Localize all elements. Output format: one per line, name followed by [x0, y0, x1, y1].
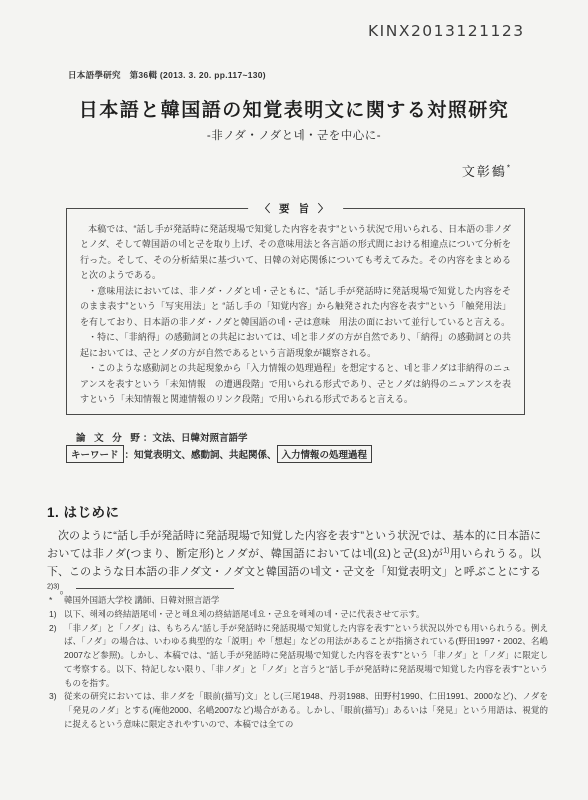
- footnote-marker: 3): [49, 690, 57, 704]
- footnote-text: 以下、해체の終結語尾네・군と해요체の終結語尾네요・군요を해체の네・군に代表させて…: [64, 609, 425, 619]
- abstract-paragraph: ・このような感動詞との共起現象から「入力情報の処理過程」を想定すると、네と非ノダ…: [80, 361, 511, 407]
- footnote-text: 従来の研究においては、非ノダを「眼前(描写)文」とし(三尾1948、丹羽1988…: [64, 691, 548, 729]
- abstract-paragraph: ・特に、「非納得」の感動詞との共起においては、네と非ノダの方が自然であり、「納得…: [80, 330, 511, 361]
- keyword-label-box: キーワード: [66, 445, 124, 463]
- author-footnote-mark: *: [507, 164, 510, 173]
- paper-field-line: 論 文 分 野：文法、日韓対照言語学: [76, 430, 247, 444]
- section-1-heading: 1. はじめに: [47, 501, 120, 521]
- document-id-stamp: KINX2013121123: [368, 22, 525, 40]
- footnote-1: 1) 以下、해체の終結語尾네・군と해요체の終結語尾네요・군요を해체の네・군に代表…: [47, 608, 548, 622]
- footnote-separator-rule: [76, 588, 234, 589]
- field-value: 文法、日韓対照言語学: [152, 433, 247, 444]
- footnote-ref-2-3: 2)3): [47, 583, 59, 590]
- abstract-body: 本稿では、“話し手が発話時に発話現場で知覚した内容を表す”という状況で用いられる…: [67, 209, 524, 408]
- paper-title: 日本語と韓国語の知覚表明文に関する対照研究: [0, 95, 588, 122]
- scanned-paper-page: KINX2013121123 日本語學研究 第36輯 (2013. 3. 20.…: [0, 0, 588, 800]
- footnote-marker: 1): [49, 608, 57, 622]
- field-separator: ：: [143, 433, 153, 444]
- keywords-line: キーワード：知覚表明文、感動詞、共起関係、入力情報の処理過程: [66, 445, 373, 463]
- abstract-paragraph: 本稿では、“話し手が発話時に発話現場で知覚した内容を表す”という状況で用いられる…: [80, 222, 511, 284]
- keyword-separator: ：: [125, 450, 135, 461]
- footnote-marker: 2): [49, 622, 57, 636]
- footnote-marker: *: [49, 594, 52, 608]
- abstract-paragraph: ・意味用法においては、非ノダ・ノダと네・군ともに、“話し手が発話時に発話現場で知…: [80, 284, 511, 330]
- abstract-box: 〈 要 旨 〉 本稿では、“話し手が発話時に発話現場で知覚した内容を表す”という…: [66, 208, 525, 415]
- footnote-3: 3) 従来の研究においては、非ノダを「眼前(描写)文」とし(三尾1948、丹羽1…: [47, 690, 548, 731]
- field-label: 論 文 分 野: [76, 433, 143, 444]
- author-name: 文彰鶴*: [462, 161, 510, 180]
- keywords-list: 知覚表明文、感動詞、共起関係、: [134, 450, 277, 461]
- journal-citation-line: 日本語學研究 第36輯 (2013. 3. 20. pp.117~130): [68, 69, 266, 81]
- keyword-boxed-term: 入力情報の処理過程: [277, 445, 373, 463]
- footnote-text: 韓国外国語大学校 講師、日韓対照言語学: [64, 595, 219, 605]
- footnote-2: 2) 「非ノダ」と「ノダ」は、もちろん“話し手が発話時に発話現場で知覚した内容を…: [47, 622, 548, 691]
- footnote-affiliation: * 韓国外国語大学校 講師、日韓対照言語学: [47, 594, 548, 608]
- footnote-text: 「非ノダ」と「ノダ」は、もちろん“話し手が発話時に発話現場で知覚した内容を表す”…: [64, 623, 548, 688]
- footnotes-block: * 韓国外国語大学校 講師、日韓対照言語学 1) 以下、해체の終結語尾네・군と해…: [47, 594, 548, 732]
- abstract-label: 〈 要 旨 〉: [248, 201, 344, 216]
- author-text: 文彰鶴: [462, 164, 507, 179]
- paper-subtitle: -非ノダ・ノダと네・군を中心に-: [0, 127, 588, 143]
